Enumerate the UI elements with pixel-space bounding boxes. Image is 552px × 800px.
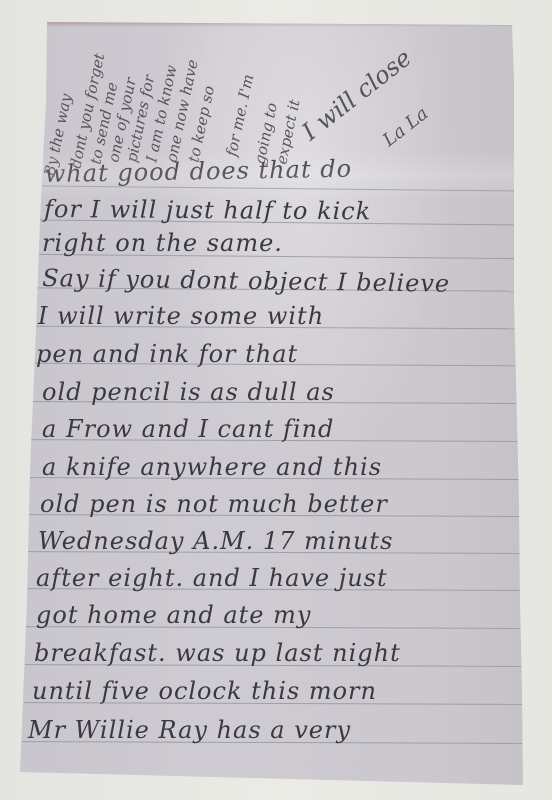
letter-line: Say if you dont object I believe xyxy=(42,264,450,298)
letter-line: pen and ink for that xyxy=(36,340,298,368)
letter-paper: By the way dont you forget to send me on… xyxy=(0,0,552,800)
letter-line: right on the same. xyxy=(42,229,283,257)
letter-line: breakfast. was up last night xyxy=(34,639,401,667)
letter-line: a Frow and I cant find xyxy=(42,415,334,443)
letter-line: Wednesday A.M. 17 minuts xyxy=(38,527,393,555)
letter-line: until five oclock this morn xyxy=(32,677,377,705)
letter-line: after eight. and I have just xyxy=(36,564,388,592)
signature: La La xyxy=(379,103,432,151)
letter-line: got home and ate my xyxy=(36,601,311,629)
letter-line: a knife anywhere and this xyxy=(42,453,382,481)
letter-line: for I will just half to kick xyxy=(44,195,371,225)
letter-line: old pen is not much better xyxy=(40,490,388,518)
margin-note-line: for me. I'm xyxy=(222,73,257,158)
letter-line: Mr Willie Ray has a very xyxy=(28,716,351,744)
letter-line: I will write some with xyxy=(38,302,324,330)
letter-line: what good does that do xyxy=(45,155,353,188)
letter-line: old pencil is as dull as xyxy=(42,378,335,406)
